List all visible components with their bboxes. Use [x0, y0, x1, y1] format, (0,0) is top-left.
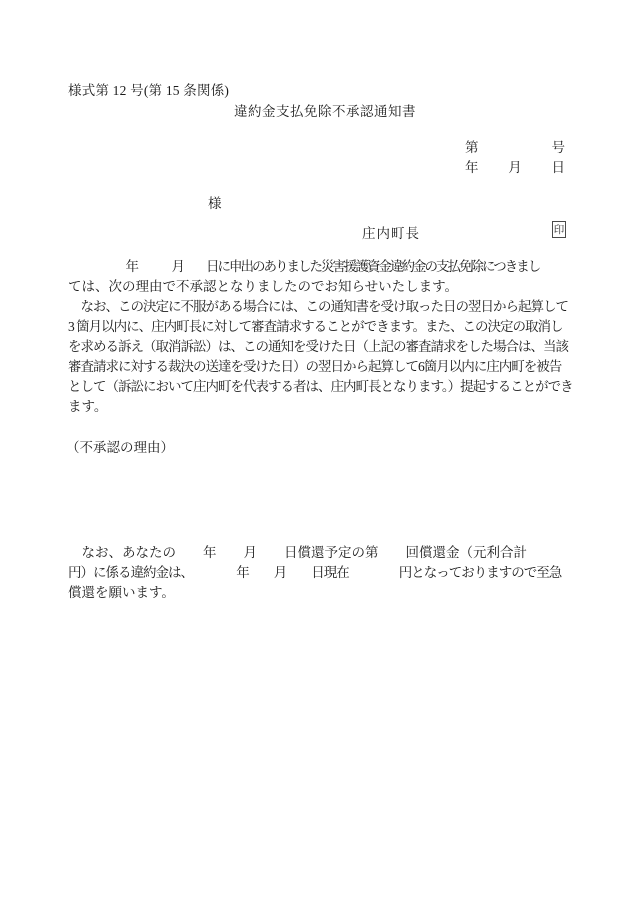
- closing-line: 円）に係る違約金は、 年 月 日現在 円となっておりますので至急: [68, 563, 574, 583]
- number-prefix-label: 第: [465, 136, 479, 156]
- number-suffix-label: 号: [552, 136, 566, 156]
- body-line: ます。: [68, 397, 574, 417]
- document-title: 違約金支払免除不承認通知書: [10, 100, 630, 120]
- closing-line: なお、あなたの 年 月 日償還予定の第 回償還金（元利合計: [68, 543, 574, 563]
- body-line: として（訴訟において庄内町を代表する者は、庄内町長となります。）提起することがで…: [68, 377, 574, 397]
- body-paragraph: 年 月 日に申出のありました災害援護資金違約金の支払免除につきまし ては、次の理…: [68, 257, 574, 417]
- closing-line: 償還を願います。: [68, 583, 574, 603]
- date-day-label: 日: [552, 156, 566, 176]
- body-line: 3 箇月以内に、庄内町長に対して審査請求することができます。また、この決定の取消…: [68, 317, 574, 337]
- addressee-honorific: 様: [208, 192, 222, 212]
- reason-heading: （不承認の理由）: [66, 436, 174, 456]
- document-number-line: 第 号: [465, 136, 565, 156]
- document-date-line: 年 月 日: [465, 156, 565, 176]
- body-line: 年 月 日に申出のありました災害援護資金違約金の支払免除につきまし: [68, 257, 574, 277]
- document-page: 様式第 12 号(第 15 条関係) 違約金支払免除不承認通知書 第 号 年 月…: [0, 0, 630, 903]
- body-line: なお、この決定に不服がある場合には、この通知書を受け取った日の翌日から起算して: [68, 297, 574, 317]
- sender-title: 庄内町長: [362, 222, 420, 242]
- closing-paragraph: なお、あなたの 年 月 日償還予定の第 回償還金（元利合計 円）に係る違約金は、…: [68, 543, 574, 603]
- date-month-label: 月: [508, 156, 522, 176]
- seal-label: 印: [554, 222, 565, 237]
- date-year-label: 年: [465, 156, 479, 176]
- body-line: 審査請求に対する裁決の送達を受けた日）の翌日から起算して6箇月以内に庄内町を被告: [68, 357, 574, 377]
- body-line: を求める訴え（取消訴訟）は、この通知を受けた日（上記の審査請求をした場合は、当該: [68, 337, 574, 357]
- body-line: ては、次の理由で不承認となりましたのでお知らせいたします。: [68, 277, 574, 297]
- seal-box: 印: [552, 221, 566, 238]
- form-number-label: 様式第 12 号(第 15 条関係): [68, 79, 229, 99]
